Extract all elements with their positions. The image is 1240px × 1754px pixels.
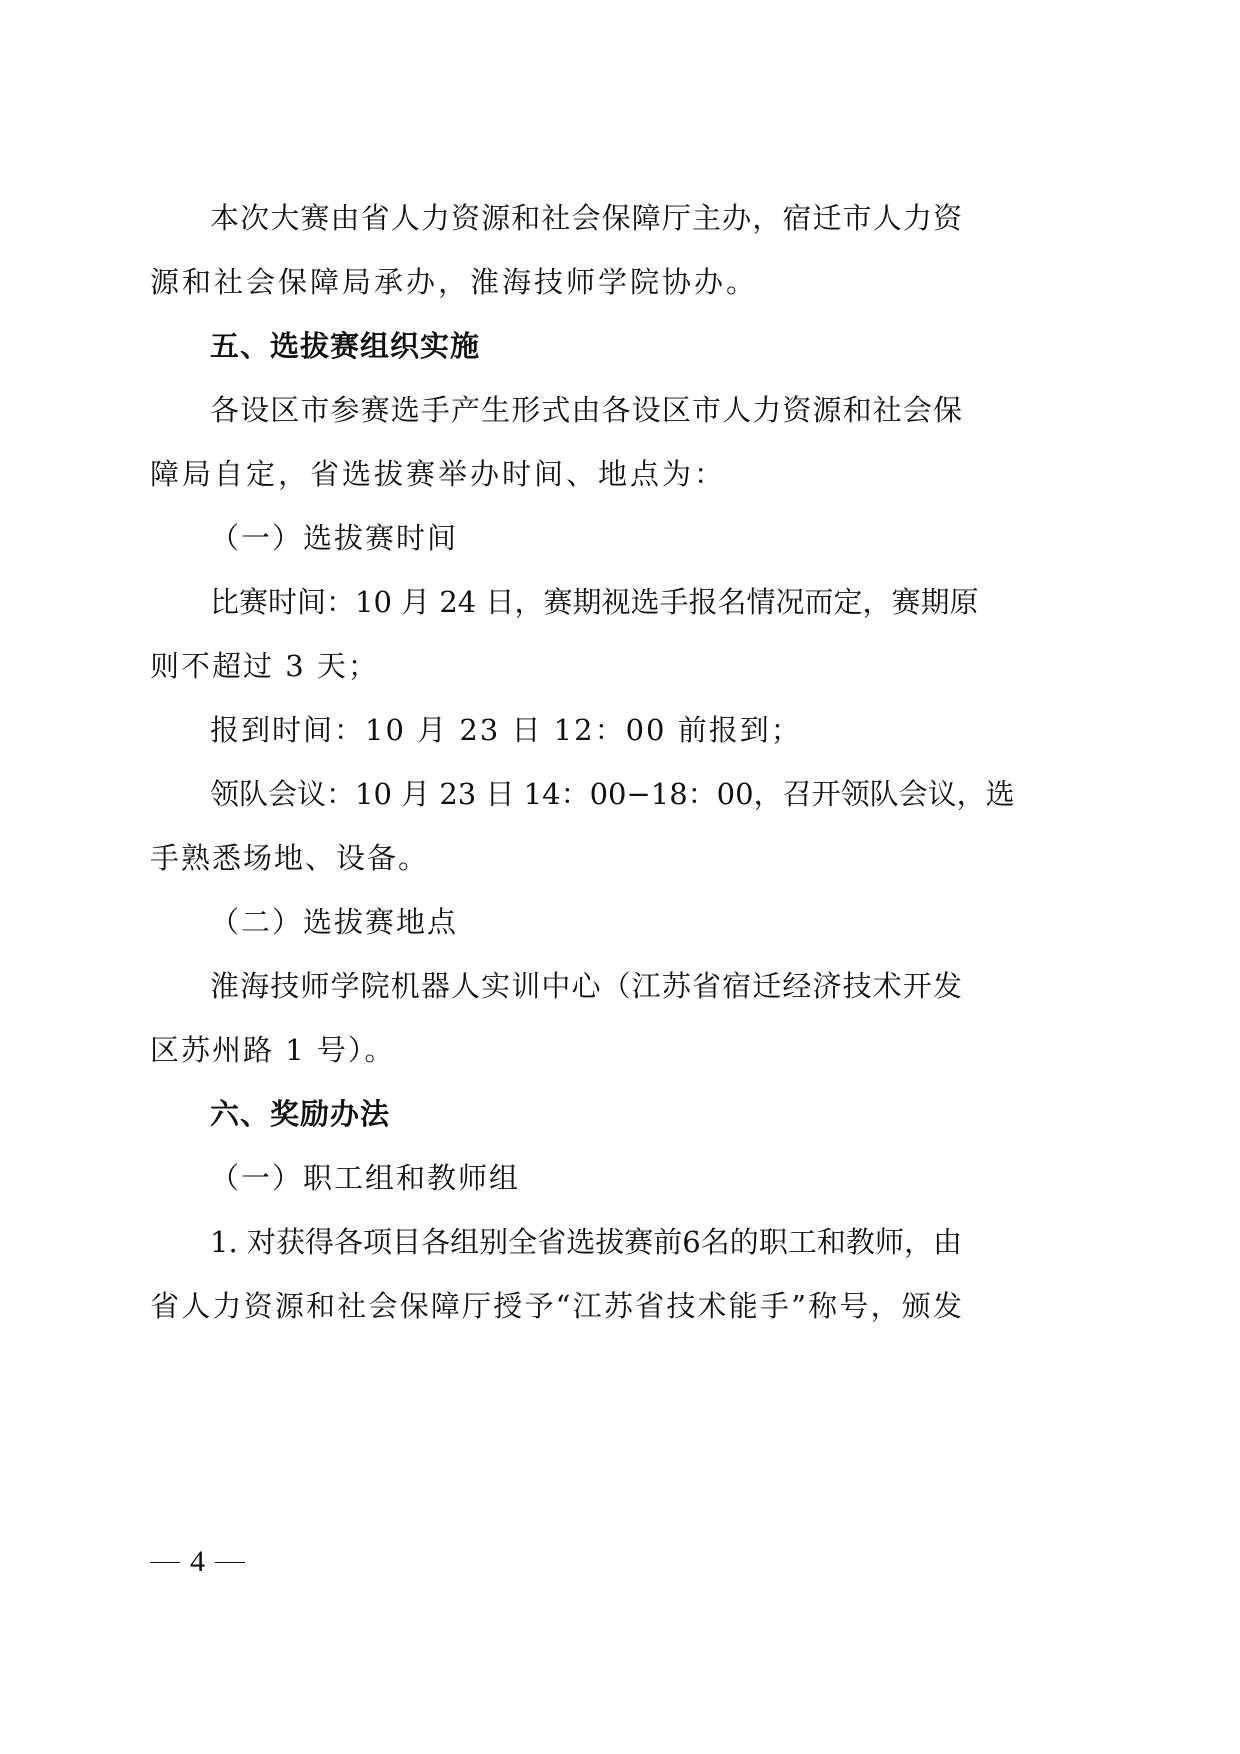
paragraph-line: 报到时间：10 月 23 日 12：00 前报到； [210, 710, 962, 750]
subsection-heading-staff-teacher: （一）职工组和教师组 [210, 1158, 1022, 1198]
section-heading-6: 六、奖励办法 [210, 1094, 962, 1134]
paragraph-line: 省人力资源和社会保障厅授予“江苏省技术能手”称号，颁发 [150, 1286, 962, 1326]
subsection-heading-time: （一）选拔赛时间 [210, 518, 1022, 558]
subsection-heading-location: （二）选拔赛地点 [210, 902, 1022, 942]
paragraph-line: 领队会议：10 月 23 日 14：00−18：00，召开领队会议，选 [210, 774, 962, 814]
paragraph-line: 各设区市参赛选手产生形式由各设区市人力资源和社会保 [210, 390, 962, 430]
paragraph-line: 源和社会保障局承办，淮海技师学院协办。 [150, 262, 962, 302]
paragraph-line: 淮海技师学院机器人实训中心（江苏省宿迁经济技术开发 [210, 966, 962, 1006]
section-heading-5: 五、选拔赛组织实施 [210, 326, 962, 366]
dash-right [215, 1562, 245, 1563]
page-number-footer: 4 [150, 1545, 245, 1579]
page-number: 4 [190, 1545, 205, 1579]
dash-left [150, 1562, 180, 1563]
paragraph-line: 区苏州路 1 号）。 [150, 1030, 962, 1070]
paragraph-line: 手熟悉场地、设备。 [150, 838, 962, 878]
paragraph-line: 比赛时间：10 月 24 日，赛期视选手报名情况而定，赛期原 [210, 582, 962, 622]
paragraph-line: 则不超过 3 天； [150, 646, 962, 686]
paragraph-line: 1. 对获得各项目各组别全省选拔赛前6名的职工和教师，由 [210, 1222, 962, 1262]
paragraph-line: 障局自定，省选拔赛举办时间、地点为： [150, 454, 962, 494]
paragraph-line: 本次大赛由省人力资源和社会保障厅主办，宿迁市人力资 [210, 198, 962, 238]
